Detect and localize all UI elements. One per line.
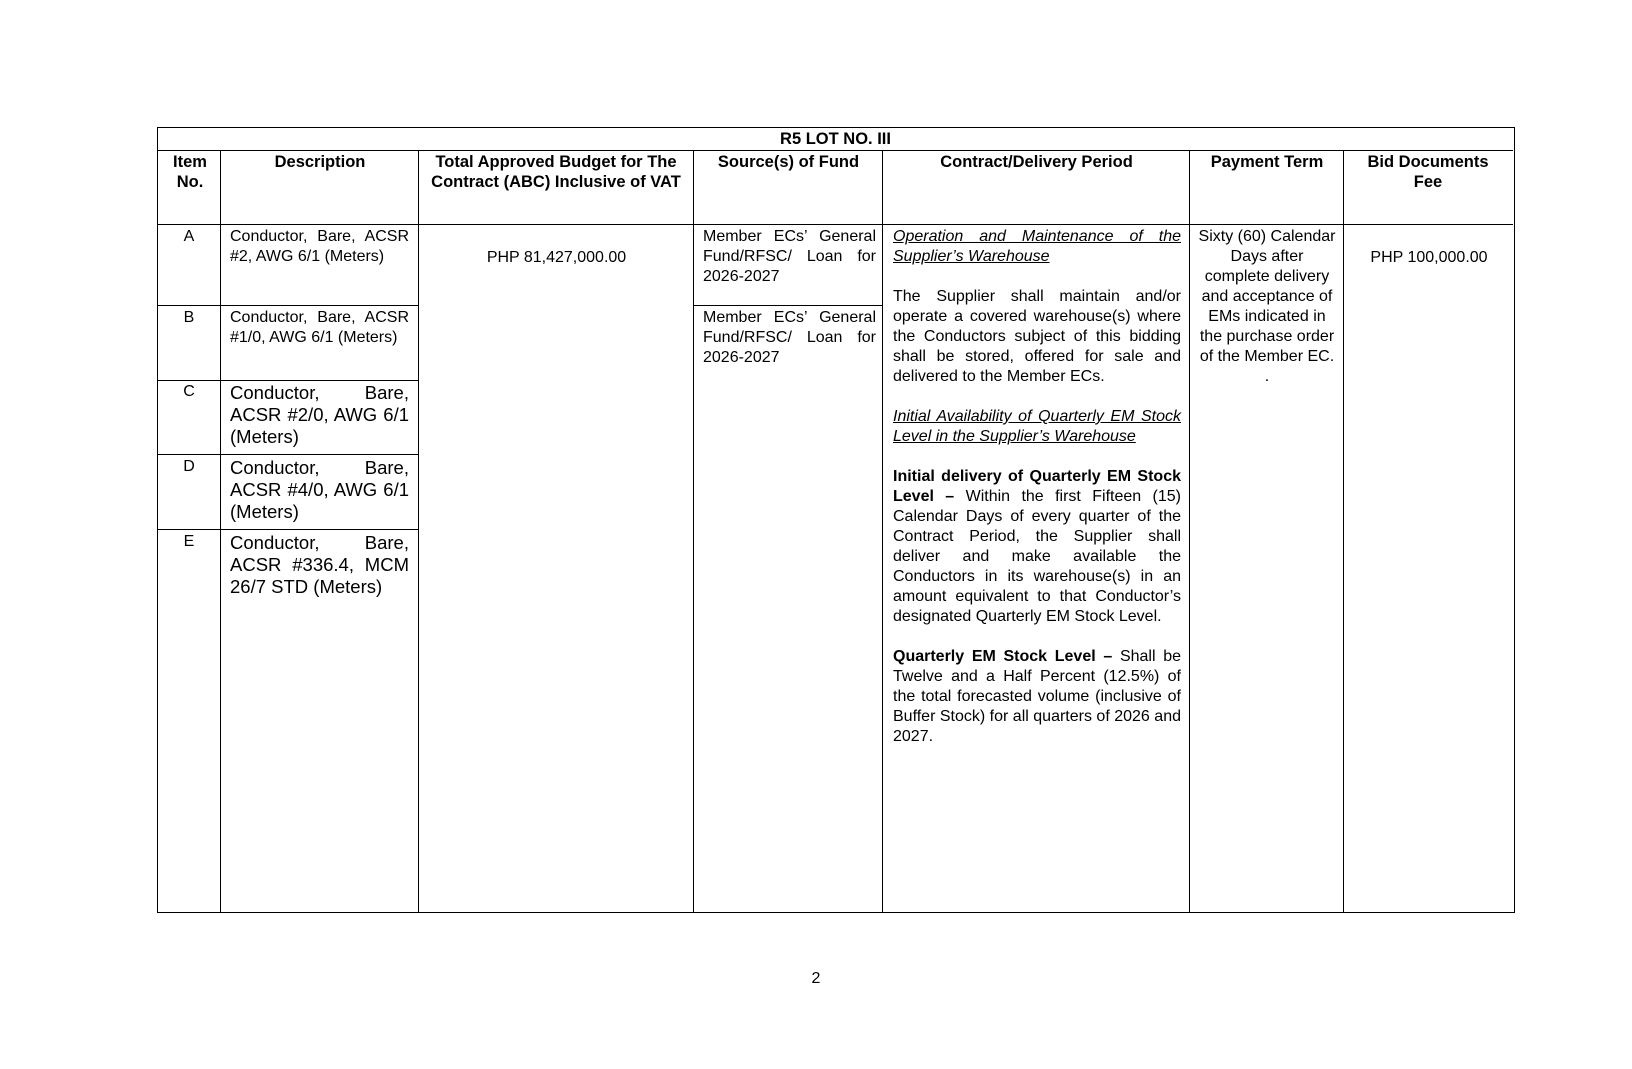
divider bbox=[1189, 150, 1190, 912]
divider bbox=[418, 150, 419, 912]
source-of-fund: Member ECs’ General Fund/RFSC/ Loan for … bbox=[703, 227, 876, 287]
period-term: Quarterly EM Stock Level – bbox=[893, 648, 1112, 665]
divider bbox=[1343, 150, 1344, 912]
payment-term-text: Sixty (60) Calendar Days after complete … bbox=[1198, 227, 1336, 367]
item-no: B bbox=[158, 308, 220, 328]
divider bbox=[693, 305, 882, 306]
divider bbox=[158, 454, 418, 455]
payment-term: Sixty (60) Calendar Days after complete … bbox=[1198, 227, 1336, 387]
header-abc: Total Approved Budget for The Contract (… bbox=[430, 152, 682, 192]
header-item-no: Item No. bbox=[164, 152, 216, 192]
item-description: Conductor, Bare, ACSR #4/0, AWG 6/1 (Met… bbox=[230, 457, 409, 523]
divider bbox=[158, 305, 418, 306]
delivery-period: Operation and Maintenance of the Supplie… bbox=[893, 227, 1181, 747]
abc-value: PHP 81,427,000.00 bbox=[420, 248, 693, 268]
lot-table: R5 LOT NO. III Item No. Description Tota… bbox=[157, 127, 1515, 913]
item-no: A bbox=[158, 227, 220, 247]
divider bbox=[158, 529, 418, 530]
table-title: R5 LOT NO. III bbox=[158, 129, 1513, 149]
divider bbox=[158, 224, 1513, 225]
period-paragraph: Quarterly EM Stock Level – Shall be Twel… bbox=[893, 647, 1181, 747]
item-description: Conductor, Bare, ACSR #336.4, MCM 26/7 S… bbox=[230, 532, 409, 598]
period-heading-warehouse: Operation and Maintenance of the Supplie… bbox=[893, 227, 1181, 267]
header-fee: Bid Documents Fee bbox=[1358, 152, 1498, 192]
payment-term-trailing: . bbox=[1198, 367, 1336, 387]
header-payment: Payment Term bbox=[1191, 152, 1343, 172]
item-description: Conductor, Bare, ACSR #2, AWG 6/1 (Meter… bbox=[230, 227, 409, 267]
period-heading-availability: Initial Availability of Quarterly EM Sto… bbox=[893, 407, 1181, 447]
period-text: Within the first Fifteen (15) Calendar D… bbox=[893, 488, 1181, 625]
item-no: C bbox=[158, 382, 220, 402]
bid-fee: PHP 100,000.00 bbox=[1345, 248, 1513, 268]
period-paragraph: Initial delivery of Quarterly EM Stock L… bbox=[893, 467, 1181, 627]
item-description: Conductor, Bare, ACSR #1/0, AWG 6/1 (Met… bbox=[230, 308, 409, 348]
header-period: Contract/Delivery Period bbox=[884, 152, 1189, 172]
header-source: Source(s) of Fund bbox=[695, 152, 882, 172]
source-of-fund: Member ECs’ General Fund/RFSC/ Loan for … bbox=[703, 308, 876, 368]
document-page: R5 LOT NO. III Item No. Description Tota… bbox=[0, 0, 1632, 1069]
page-number: 2 bbox=[0, 970, 1632, 988]
item-description: Conductor, Bare, ACSR #2/0, AWG 6/1 (Met… bbox=[230, 382, 409, 448]
divider bbox=[158, 380, 418, 381]
divider bbox=[220, 150, 221, 912]
divider bbox=[158, 150, 1513, 151]
header-description: Description bbox=[222, 152, 418, 172]
period-paragraph: The Supplier shall maintain and/or opera… bbox=[893, 287, 1181, 387]
divider bbox=[882, 150, 883, 912]
item-no: D bbox=[158, 457, 220, 477]
divider bbox=[693, 150, 694, 912]
item-no: E bbox=[158, 532, 220, 552]
